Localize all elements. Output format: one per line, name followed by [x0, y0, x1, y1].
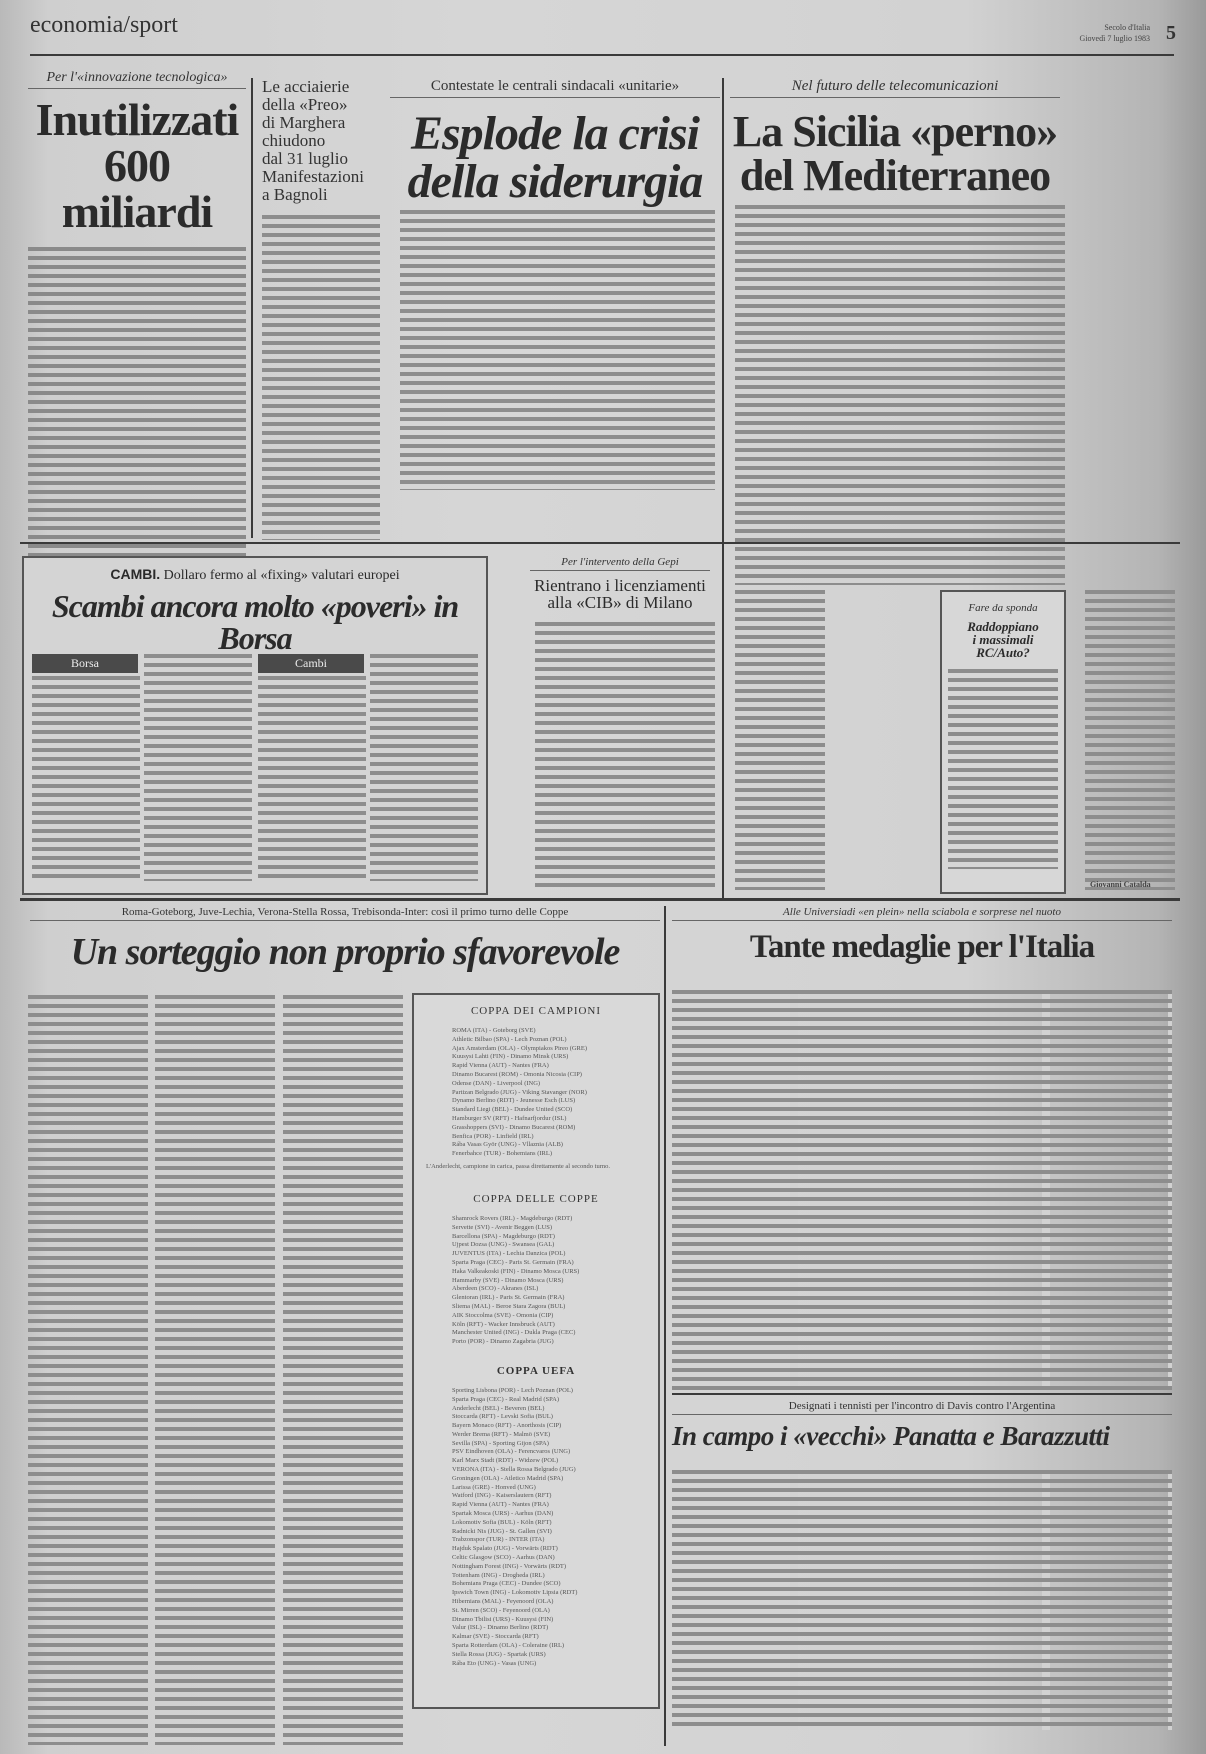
coppa-uefa-list: Sporting Lisbona (POR) - Lech Poznan (PO… [414, 1387, 658, 1669]
fixture-row: Dynamo Berlino (RDT) - Jeunesse Esch (LU… [452, 1097, 658, 1106]
box-kicker: Fare da sponda [942, 602, 1064, 614]
masthead-info: Secolo d'Italia Giovedì 7 luglio 1983 [1000, 22, 1150, 44]
article-headline: Un sorteggio non proprio sfavorevole [30, 933, 660, 971]
article-kicker: Designati i tennisti per l'incontro di D… [672, 1400, 1172, 1415]
article-headline-2: 600 miliardi [28, 143, 246, 235]
rcauto-box: Fare da sponda Raddoppiano i massimali R… [940, 590, 1066, 894]
fixture-row: Hamburger SV (RFT) - Hafnarfjordur (ISL) [452, 1115, 658, 1124]
fixture-row: Watford (ING) - Kaiserslautern (RFT) [452, 1492, 658, 1501]
fixture-row: AIK Stoccolma (SVE) - Omonia (CIP) [452, 1312, 658, 1321]
section-title: economia/sport [30, 12, 178, 39]
fixture-row: Ujpest Dozsa (UNG) - Swansea (GAL) [452, 1241, 658, 1250]
issue-date: Giovedì 7 luglio 1983 [1000, 33, 1150, 44]
article-headline: Scambi ancora molto «poveri» in Borsa [24, 590, 486, 654]
fixture-row: Groningen (OLA) - Atletico Madrid (SPA) [452, 1475, 658, 1484]
article-body-sorteggio-col3 [283, 995, 403, 1745]
article-headline: Tante medaglie per l'Italia [672, 931, 1172, 964]
fixture-row: Rába Vasas Györ (UNG) - Vllaznia (ALB) [452, 1141, 658, 1150]
borsa-body-2 [144, 654, 252, 881]
column-divider [251, 78, 253, 538]
column-divider [722, 78, 724, 898]
coppa-uefa-title: COPPA UEFA [414, 1365, 658, 1377]
coppa-campioni-title: COPPA DEI CAMPIONI [414, 1005, 658, 1017]
fixture-row: Grasshoppers (SVI) - Dinamo Bucarest (RO… [452, 1124, 658, 1133]
label-cambi: Cambi [258, 654, 364, 673]
fixture-row: Manchester United (ING) - Dukla Praga (C… [452, 1329, 658, 1338]
article-body [28, 247, 246, 562]
article-body-sicilia-2 [735, 590, 825, 890]
article-headline: Inutilizzati [28, 97, 246, 143]
article-headline-stack: Le acciaierie della «Preo» di Marghera c… [262, 78, 380, 204]
fixture-row: St. Mirren (SCO) - Feyenoord (OLA) [452, 1607, 658, 1616]
fixture-row: Ajax Amsterdam (OLA) - Olympiakos Pireo … [452, 1045, 658, 1054]
fixture-row: Sevilla (SPA) - Sporting Gijon (SPA) [452, 1440, 658, 1449]
coppa-coppe-title: COPPA DELLE COPPE [414, 1193, 658, 1205]
article-body-sicilia [735, 205, 1065, 585]
fixture-row: Porto (POR) - Dinamo Zagabria (JUG) [452, 1338, 658, 1347]
article-cib: Per l'intervento della Gepi Rientrano i … [530, 556, 710, 611]
fixture-row: PSV Eindhoven (OLA) - Ferencvaros (UNG) [452, 1448, 658, 1457]
fixture-row: Tottenham (ING) - Drogheda (IRL) [452, 1572, 658, 1581]
article-innovazione: Per l'«innovazione tecnologica» Inutiliz… [28, 70, 246, 562]
fixture-row: Hammarby (SVE) - Dinamo Mosca (URS) [452, 1277, 658, 1286]
fixture-row: Rába Eto (UNG) - Vasas (UNG) [452, 1660, 658, 1669]
borsa-body [32, 676, 140, 881]
fixture-row: Larissa (GRE) - Honved (UNG) [452, 1484, 658, 1493]
fixture-row: Hajduk Spalato (JUG) - Vorwärts (RDT) [452, 1545, 658, 1554]
fixture-row: Kalmar (SVE) - Stoccarda (RFT) [452, 1633, 658, 1642]
fixture-row: Köln (RFT) - Wacker Innsbruck (AUT) [452, 1321, 658, 1330]
fixture-row: Anderlecht (BEL) - Beveren (BEL) [452, 1405, 658, 1414]
article-medaglie: Alle Universiadi «en plein» nella sciabo… [672, 906, 1172, 964]
fixture-row: Radnicki Nis (JUG) - St. Gallen (SVI) [452, 1528, 658, 1537]
article-body-sorteggio-col2 [155, 995, 275, 1745]
article-preo: Le acciaierie della «Preo» di Marghera c… [262, 78, 380, 204]
fixture-row: Sparta Praga (CEC) - Real Madrid (SPA) [452, 1396, 658, 1405]
article-headline-2: della siderurgia [390, 158, 720, 206]
fixture-row: Rapid Vienna (AUT) - Nantes (FRA) [452, 1062, 658, 1071]
fixture-row: Servette (SVI) - Avenir Beggen (LUS) [452, 1224, 658, 1233]
fixture-row: Valur (ISL) - Dinamo Berlino (RDT) [452, 1624, 658, 1633]
article-sicilia: Nel futuro delle telecomunicazioni La Si… [730, 78, 1060, 198]
article-siderurgia: Contestate le centrali sindacali «unitar… [390, 78, 720, 206]
page-number: 5 [1166, 22, 1176, 45]
fixture-row: Spartak Mosca (URS) - Aarhus (DAN) [452, 1510, 658, 1519]
article-headline-2: del Mediterraneo [730, 154, 1060, 198]
article-kicker: Roma-Goteborg, Juve-Lechia, Verona-Stell… [30, 906, 660, 921]
fixture-row: Stella Rossa (JUG) - Spartak (URS) [452, 1651, 658, 1660]
article-headline: La Sicilia «perno» [730, 110, 1060, 154]
article-body-davis [672, 1470, 1172, 1730]
article-body-sicilia-3 [1085, 590, 1175, 890]
article-headline: Rientrano i licenziamenti [530, 577, 710, 594]
fixture-row: Bohemians Praga (CEC) - Dundee (SCO) [452, 1580, 658, 1589]
fixture-row: JUVENTUS (ITA) - Lechia Danzica (POL) [452, 1250, 658, 1259]
fixture-row: Fenerbahce (TUR) - Bohemians (IRL) [452, 1150, 658, 1159]
fixture-row: Partizan Belgrado (JUG) - Viking Stavang… [452, 1089, 658, 1098]
paper-name: Secolo d'Italia [1000, 22, 1150, 33]
fixture-row: Dinamo Bucarest (ROM) - Omonia Nicosia (… [452, 1071, 658, 1080]
coppa-campioni-list: ROMA (ITA) - Goteborg (SVE)Athletic Bilb… [414, 1027, 658, 1159]
fixture-row: Stoccarda (RFT) - Levski Sofia (BUL) [452, 1413, 658, 1422]
fixture-row: Werder Brema (RFT) - Malmö (SVE) [452, 1431, 658, 1440]
article-kicker: Nel futuro delle telecomunicazioni [730, 78, 1060, 98]
cambi-body-2 [370, 654, 478, 881]
fixture-row: Sporting Lisbona (POR) - Lech Poznan (PO… [452, 1387, 658, 1396]
article-davis: Designati i tennisti per l'incontro di D… [672, 1400, 1172, 1450]
fixture-row: Karl Marx Stadt (RDT) - Widzew (POL) [452, 1457, 658, 1466]
box-headline: Raddoppiano i massimali RC/Auto? [942, 620, 1064, 659]
cambi-body [258, 676, 366, 881]
article-kicker: Per l'«innovazione tecnologica» [28, 70, 246, 89]
column-divider [664, 906, 666, 1746]
fixture-row: Barcellona (SPA) - Magdeburgo (RDT) [452, 1233, 658, 1242]
article-body-sorteggio-col1 [28, 995, 148, 1745]
fixture-row: Hibernians (MAL) - Feyenoord (OLA) [452, 1598, 658, 1607]
article-body-preo [262, 215, 380, 540]
fixture-row: Dinamo Tbilisi (URS) - Kuusysi (FIN) [452, 1616, 658, 1625]
article-sorteggio: Roma-Goteborg, Juve-Lechia, Verona-Stell… [30, 906, 660, 971]
fixture-row: Haka Valkeakoski (FIN) - Dinamo Mosca (U… [452, 1268, 658, 1277]
fixture-row: Sparta Rotterdam (OLA) - Coleraine (IRL) [452, 1642, 658, 1651]
fixture-row: VERONA (ITA) - Stella Rossa Belgrado (JU… [452, 1466, 658, 1475]
article-headline-2: alla «CIB» di Milano [530, 594, 710, 611]
coppe-box: COPPA DEI CAMPIONI ROMA (ITA) - Goteborg… [412, 993, 660, 1709]
fixture-row: Rapid Vienna (AUT) - Nantes (FRA) [452, 1501, 658, 1510]
coppa-coppe-list: Shamrock Rovers (IRL) - Magdeburgo (RDT)… [414, 1215, 658, 1347]
fixture-row: Glentoran (IRL) - Paris St. Germain (FRA… [452, 1294, 658, 1303]
article-headline: Esplode la crisi [390, 110, 720, 158]
article-body-cib [535, 622, 715, 892]
label-borsa: Borsa [32, 654, 138, 673]
section-rule [20, 898, 1180, 901]
article-body-siderurgia [400, 210, 715, 490]
byline: Giovanni Catalda [1090, 880, 1151, 889]
fixture-row: Trabzonspor (TUR) - INTER (ITA) [452, 1536, 658, 1545]
coppa-campioni-note: L'Anderlecht, campione in carica, passa … [414, 1159, 658, 1175]
article-body-medaglie [672, 990, 1172, 1390]
article-kicker: Per l'intervento della Gepi [530, 556, 710, 571]
masthead-rule [30, 54, 1174, 56]
fixture-row: Standard Liegi (BEL) - Dundee United (SC… [452, 1106, 658, 1115]
fixture-row: ROMA (ITA) - Goteborg (SVE) [452, 1027, 658, 1036]
section-rule [20, 542, 1180, 544]
fixture-row: Celtic Glasgow (SCO) - Aarhus (DAN) [452, 1554, 658, 1563]
article-headline: In campo i «vecchi» Panatta e Barazzutti [672, 1423, 1172, 1450]
article-kicker: CAMBI. Dollaro fermo al «fixing» valutar… [24, 566, 486, 584]
fixture-row: Sliema (MAL) - Beroe Stara Zagora (BUL) [452, 1303, 658, 1312]
box-body [948, 669, 1058, 869]
fixture-row: Ipswich Town (ING) - Lokomotiv Lipsia (R… [452, 1589, 658, 1598]
fixture-row: Shamrock Rovers (IRL) - Magdeburgo (RDT) [452, 1215, 658, 1224]
fixture-row: Odense (DAN) - Liverpool (ING) [452, 1080, 658, 1089]
fixture-row: Sparta Praga (CEC) - Paris St. Germain (… [452, 1259, 658, 1268]
fixture-row: Nottingham Forest (ING) - Vorwärts (RDT) [452, 1563, 658, 1572]
article-kicker: Alle Universiadi «en plein» nella sciabo… [672, 906, 1172, 921]
article-kicker: Contestate le centrali sindacali «unitar… [390, 78, 720, 98]
section-rule [672, 1393, 1172, 1395]
fixture-row: Kuusysi Lahti (FIN) - Dinamo Minsk (URS) [452, 1053, 658, 1062]
fixture-row: Athletic Bilbao (SPA) - Lech Poznan (POL… [452, 1036, 658, 1045]
fixture-row: Benfica (POR) - Linfield (IRL) [452, 1133, 658, 1142]
fixture-row: Bayern Monaco (RFT) - Anorthosis (CIP) [452, 1422, 658, 1431]
borsa-box: CAMBI. Dollaro fermo al «fixing» valutar… [22, 556, 488, 895]
fixture-row: Lokomotiv Sofia (BUL) - Köln (RFT) [452, 1519, 658, 1528]
fixture-row: Aberdeen (SCO) - Akranes (ISL) [452, 1285, 658, 1294]
